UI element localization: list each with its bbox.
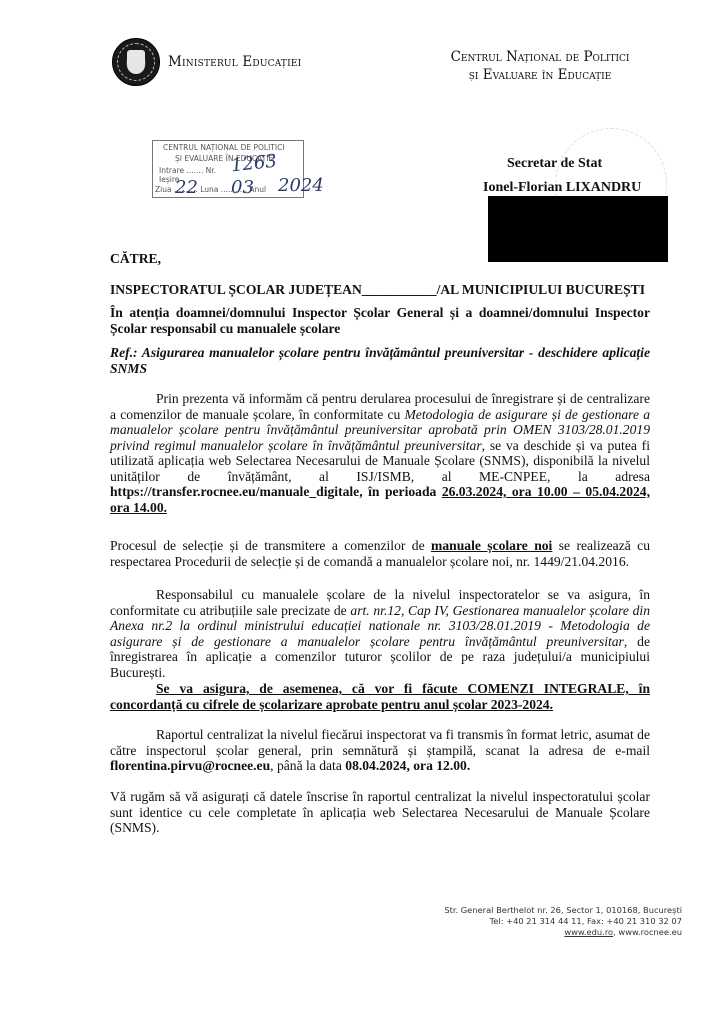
government-of-romania-seal-icon [112, 38, 160, 86]
seal-ring [117, 43, 155, 81]
center-name-line1: Centrul Național de Politici [420, 48, 660, 66]
stamp-year-handwritten: 2024 [278, 175, 338, 196]
paragraph-5: Raportul centralizat la nivelul fiecărui… [110, 727, 650, 774]
footer-links: www.edu.ro, www.rocnee.eu [400, 927, 682, 938]
paragraph-6: Vă rugăm să vă asigurați că datele înscr… [110, 789, 650, 836]
application-url[interactable]: https://transfer.rocnee.eu/manuale_digit… [110, 484, 359, 499]
stamp-day-handwritten: 22 [175, 177, 198, 198]
stamp-number-handwritten: 1263 [230, 151, 278, 177]
contact-email[interactable]: florentina.pirvu@rocnee.eu [110, 758, 270, 773]
paragraph-4: Se va asigura, de asemenea, că vor fi fă… [110, 681, 650, 712]
stamp-intrare-label: Intrare ....... Nr. [159, 166, 216, 175]
paragraph-1: Prin prezenta vă informăm că pentru deru… [110, 391, 650, 515]
paragraph-2: Procesul de selecție și de transmitere a… [110, 538, 650, 569]
paragraph-3: Responsabilul cu manualele școlare de la… [110, 587, 650, 680]
report-deadline: 08.04.2024, ora 12.00. [345, 758, 470, 773]
center-name: Centrul Național de Politici și Evaluare… [420, 48, 660, 84]
signatory-title: Secretar de Stat [507, 156, 602, 172]
reference-subject: Ref.: Asigurarea manualelor școlare pent… [110, 345, 650, 376]
registration-stamp: CENTRUL NAȚIONAL DE POLITICI ȘI EVALUARE… [152, 140, 304, 198]
footer-link-rocnee[interactable]: www.rocnee.eu [618, 927, 682, 937]
footer-phone: Tel: +40 21 314 44 11, Fax: +40 21 310 3… [400, 916, 682, 927]
stamp-month-handwritten: 03 [231, 177, 254, 198]
center-name-line2: și Evaluare în Educație [420, 66, 660, 84]
footer-link-edu[interactable]: www.edu.ro [564, 927, 613, 937]
footer-contact: Str. General Berthelot nr. 26, Sector 1,… [400, 905, 682, 938]
footer-address: Str. General Berthelot nr. 26, Sector 1,… [400, 905, 682, 916]
recipient-inspectorat: INSPECTORATUL ȘCOLAR JUDEȚEAN___________… [110, 282, 650, 298]
ministry-name: Ministerul Educației [168, 54, 301, 70]
recipient-label: CĂTRE, [110, 251, 650, 267]
signatory-name: Ionel-Florian LIXANDRU [483, 180, 641, 196]
attention-line: În atenția doamnei/domnului Inspector Șc… [110, 305, 650, 336]
